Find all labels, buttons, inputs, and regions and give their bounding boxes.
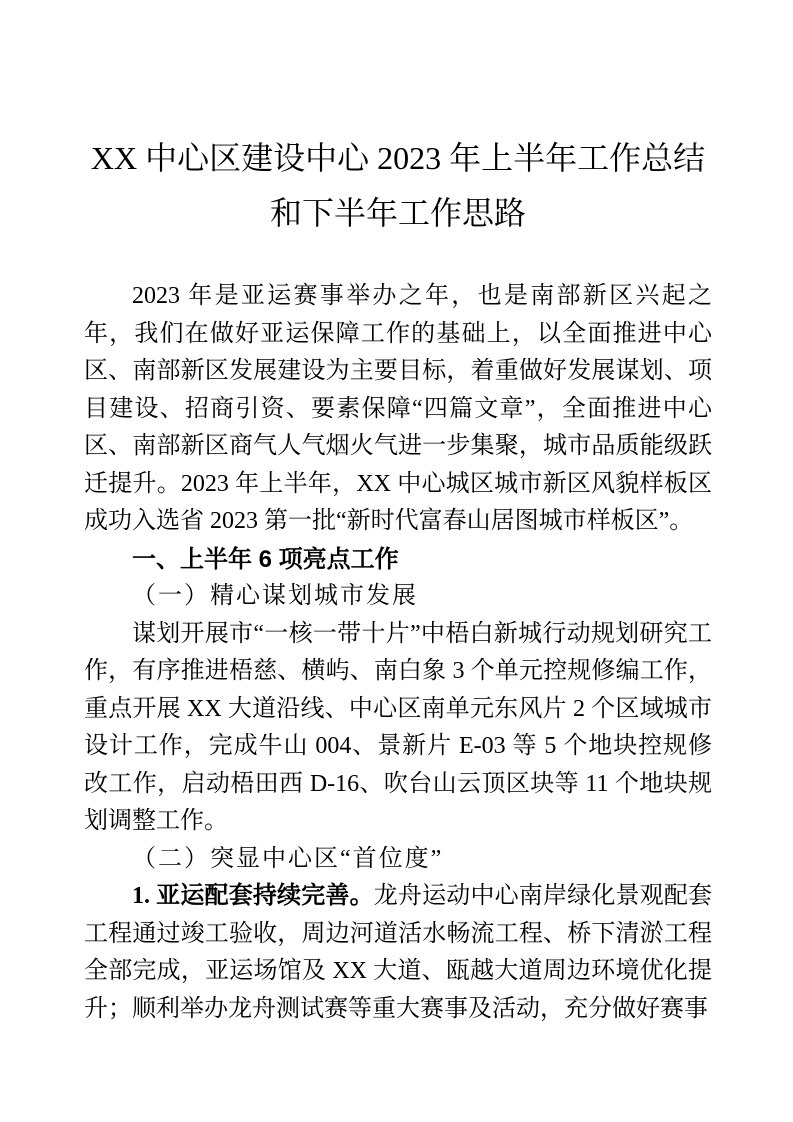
section-1-heading: 一、上半年 6 项亮点工作 <box>84 541 712 579</box>
item-1-lead-bold: 1. 亚运配套持续完善。 <box>132 883 374 909</box>
intro-paragraph: 2023 年是亚运赛事举办之年，也是南部新区兴起之年，我们在做好亚运保障工作的基… <box>84 278 712 541</box>
document-title: XX 中心区建设中心 2023 年上半年工作总结和下半年工作思路 <box>84 131 712 241</box>
document-page: XX 中心区建设中心 2023 年上半年工作总结和下半年工作思路 2023 年是… <box>0 0 793 1122</box>
document-title-line-2: 和下半年工作思路 <box>270 195 526 231</box>
subsection-1-2-heading: （二）突显中心区“首位度” <box>84 841 712 879</box>
subsection-1-1-heading: （一）精心谋划城市发展 <box>84 578 712 616</box>
document-content: XX 中心区建设中心 2023 年上半年工作总结和下半年工作思路 2023 年是… <box>84 131 712 1028</box>
subsection-1-2-paragraph: 1. 亚运配套持续完善。龙舟运动中心南岸绿化景观配套工程通过竣工验收，周边河道活… <box>84 878 712 1028</box>
document-title-line-1: XX 中心区建设中心 2023 年上半年工作总结 <box>91 140 705 176</box>
subsection-1-1-paragraph: 谋划开展市“一核一带十片”中梧白新城行动规划研究工作，有序推进梧慈、横屿、南白象… <box>84 616 712 841</box>
